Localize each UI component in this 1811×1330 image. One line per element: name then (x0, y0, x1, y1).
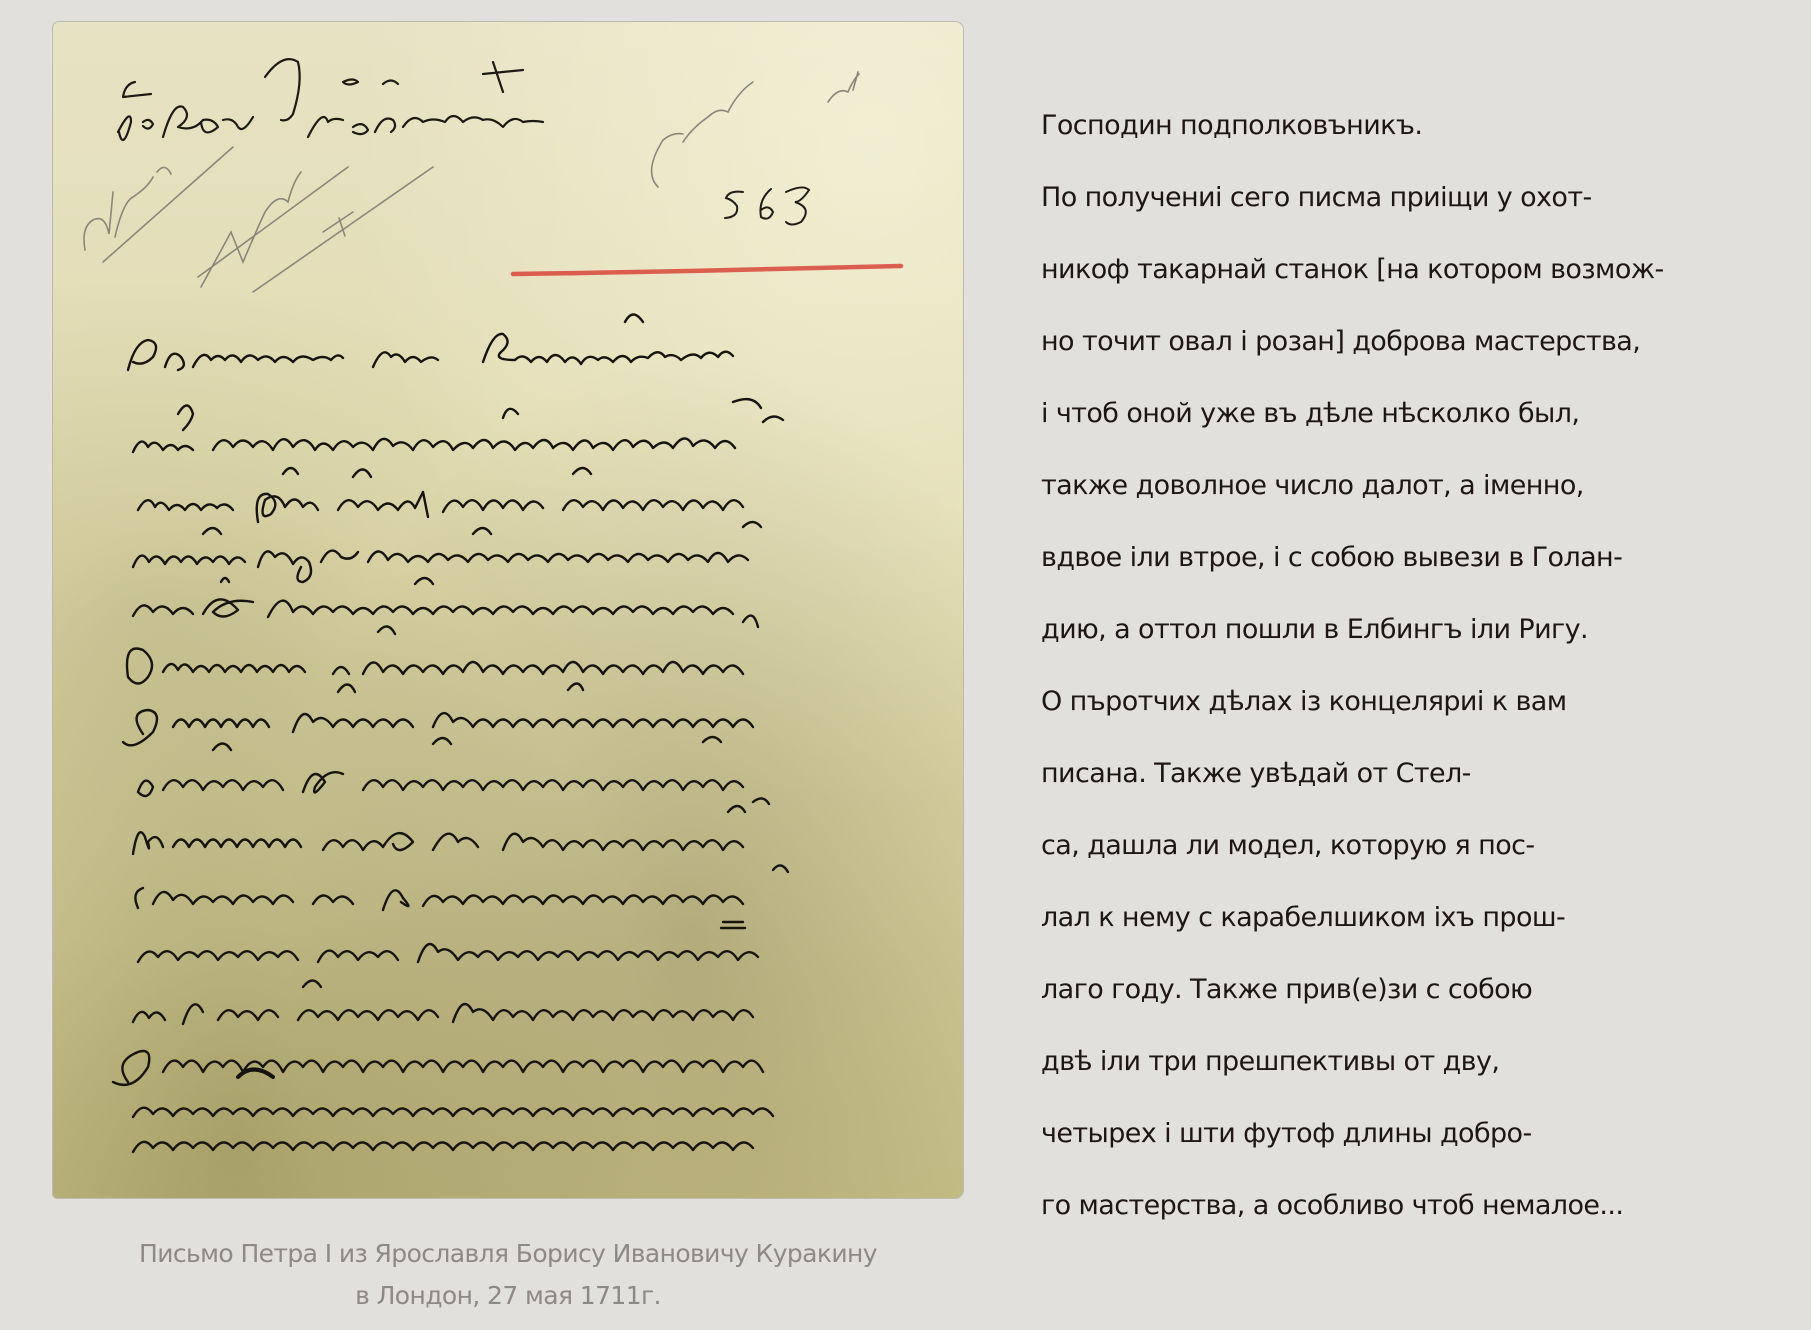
page-number-563 (725, 187, 809, 224)
transcription-line: вдвое іли втрое, і с собою вывези в Гола… (1041, 538, 1801, 610)
transcription-line: двѣ іли три прешпективы от дву, (1041, 1042, 1801, 1114)
transcription-line: никоф такарнай станок [на котором возмож… (1041, 250, 1801, 322)
pencil-annotations (84, 72, 859, 292)
header-handwriting (118, 59, 543, 140)
transcription-line: О пъротчих дѣлах із концеляриі к вам (1041, 682, 1801, 754)
transcription-line: По получениі сего писма приіщи у охот- (1041, 178, 1801, 250)
caption-line-2: в Лондон, 27 мая 1711г. (53, 1275, 963, 1317)
transcription-line: лаго году. Также прив(е)зи с собою (1041, 970, 1801, 1042)
caption-line-1: Письмо Петра I из Ярославля Борису Ивано… (53, 1233, 963, 1275)
transcription-line: са, дашла ли модел, которую я пос- (1041, 826, 1801, 898)
transcription-line: і чтоб оной уже въ дѣле нѣсколко был, (1041, 394, 1801, 466)
transcription-line: го мастерства, а особливо чтоб немалое..… (1041, 1186, 1801, 1258)
transcription-line: лал к нему с карабелшиком іхъ прош- (1041, 898, 1801, 970)
transcription-line: четырех і шти футоф длины добро- (1041, 1114, 1801, 1186)
transcription-line: писана. Также увѣдай от Стел- (1041, 754, 1801, 826)
handwriting-illustration (53, 22, 963, 1198)
transcription-line: но точит овал і розан] доброва мастерств… (1041, 322, 1801, 394)
transcription-line: дию, а оттол пошли в Елбингъ іли Ригу. (1041, 610, 1801, 682)
red-crayon-line (513, 266, 901, 274)
image-caption: Письмо Петра I из Ярославля Борису Ивано… (53, 1233, 963, 1317)
letter-body-handwriting (113, 315, 788, 1153)
transcription-line: также доволное число далот, а іменно, (1041, 466, 1801, 538)
manuscript-image (53, 22, 963, 1198)
transcription-line: Господин подполковъникъ. (1041, 106, 1801, 178)
transcription-text: Господин подполковъникъ. По получениі се… (1041, 106, 1801, 1258)
